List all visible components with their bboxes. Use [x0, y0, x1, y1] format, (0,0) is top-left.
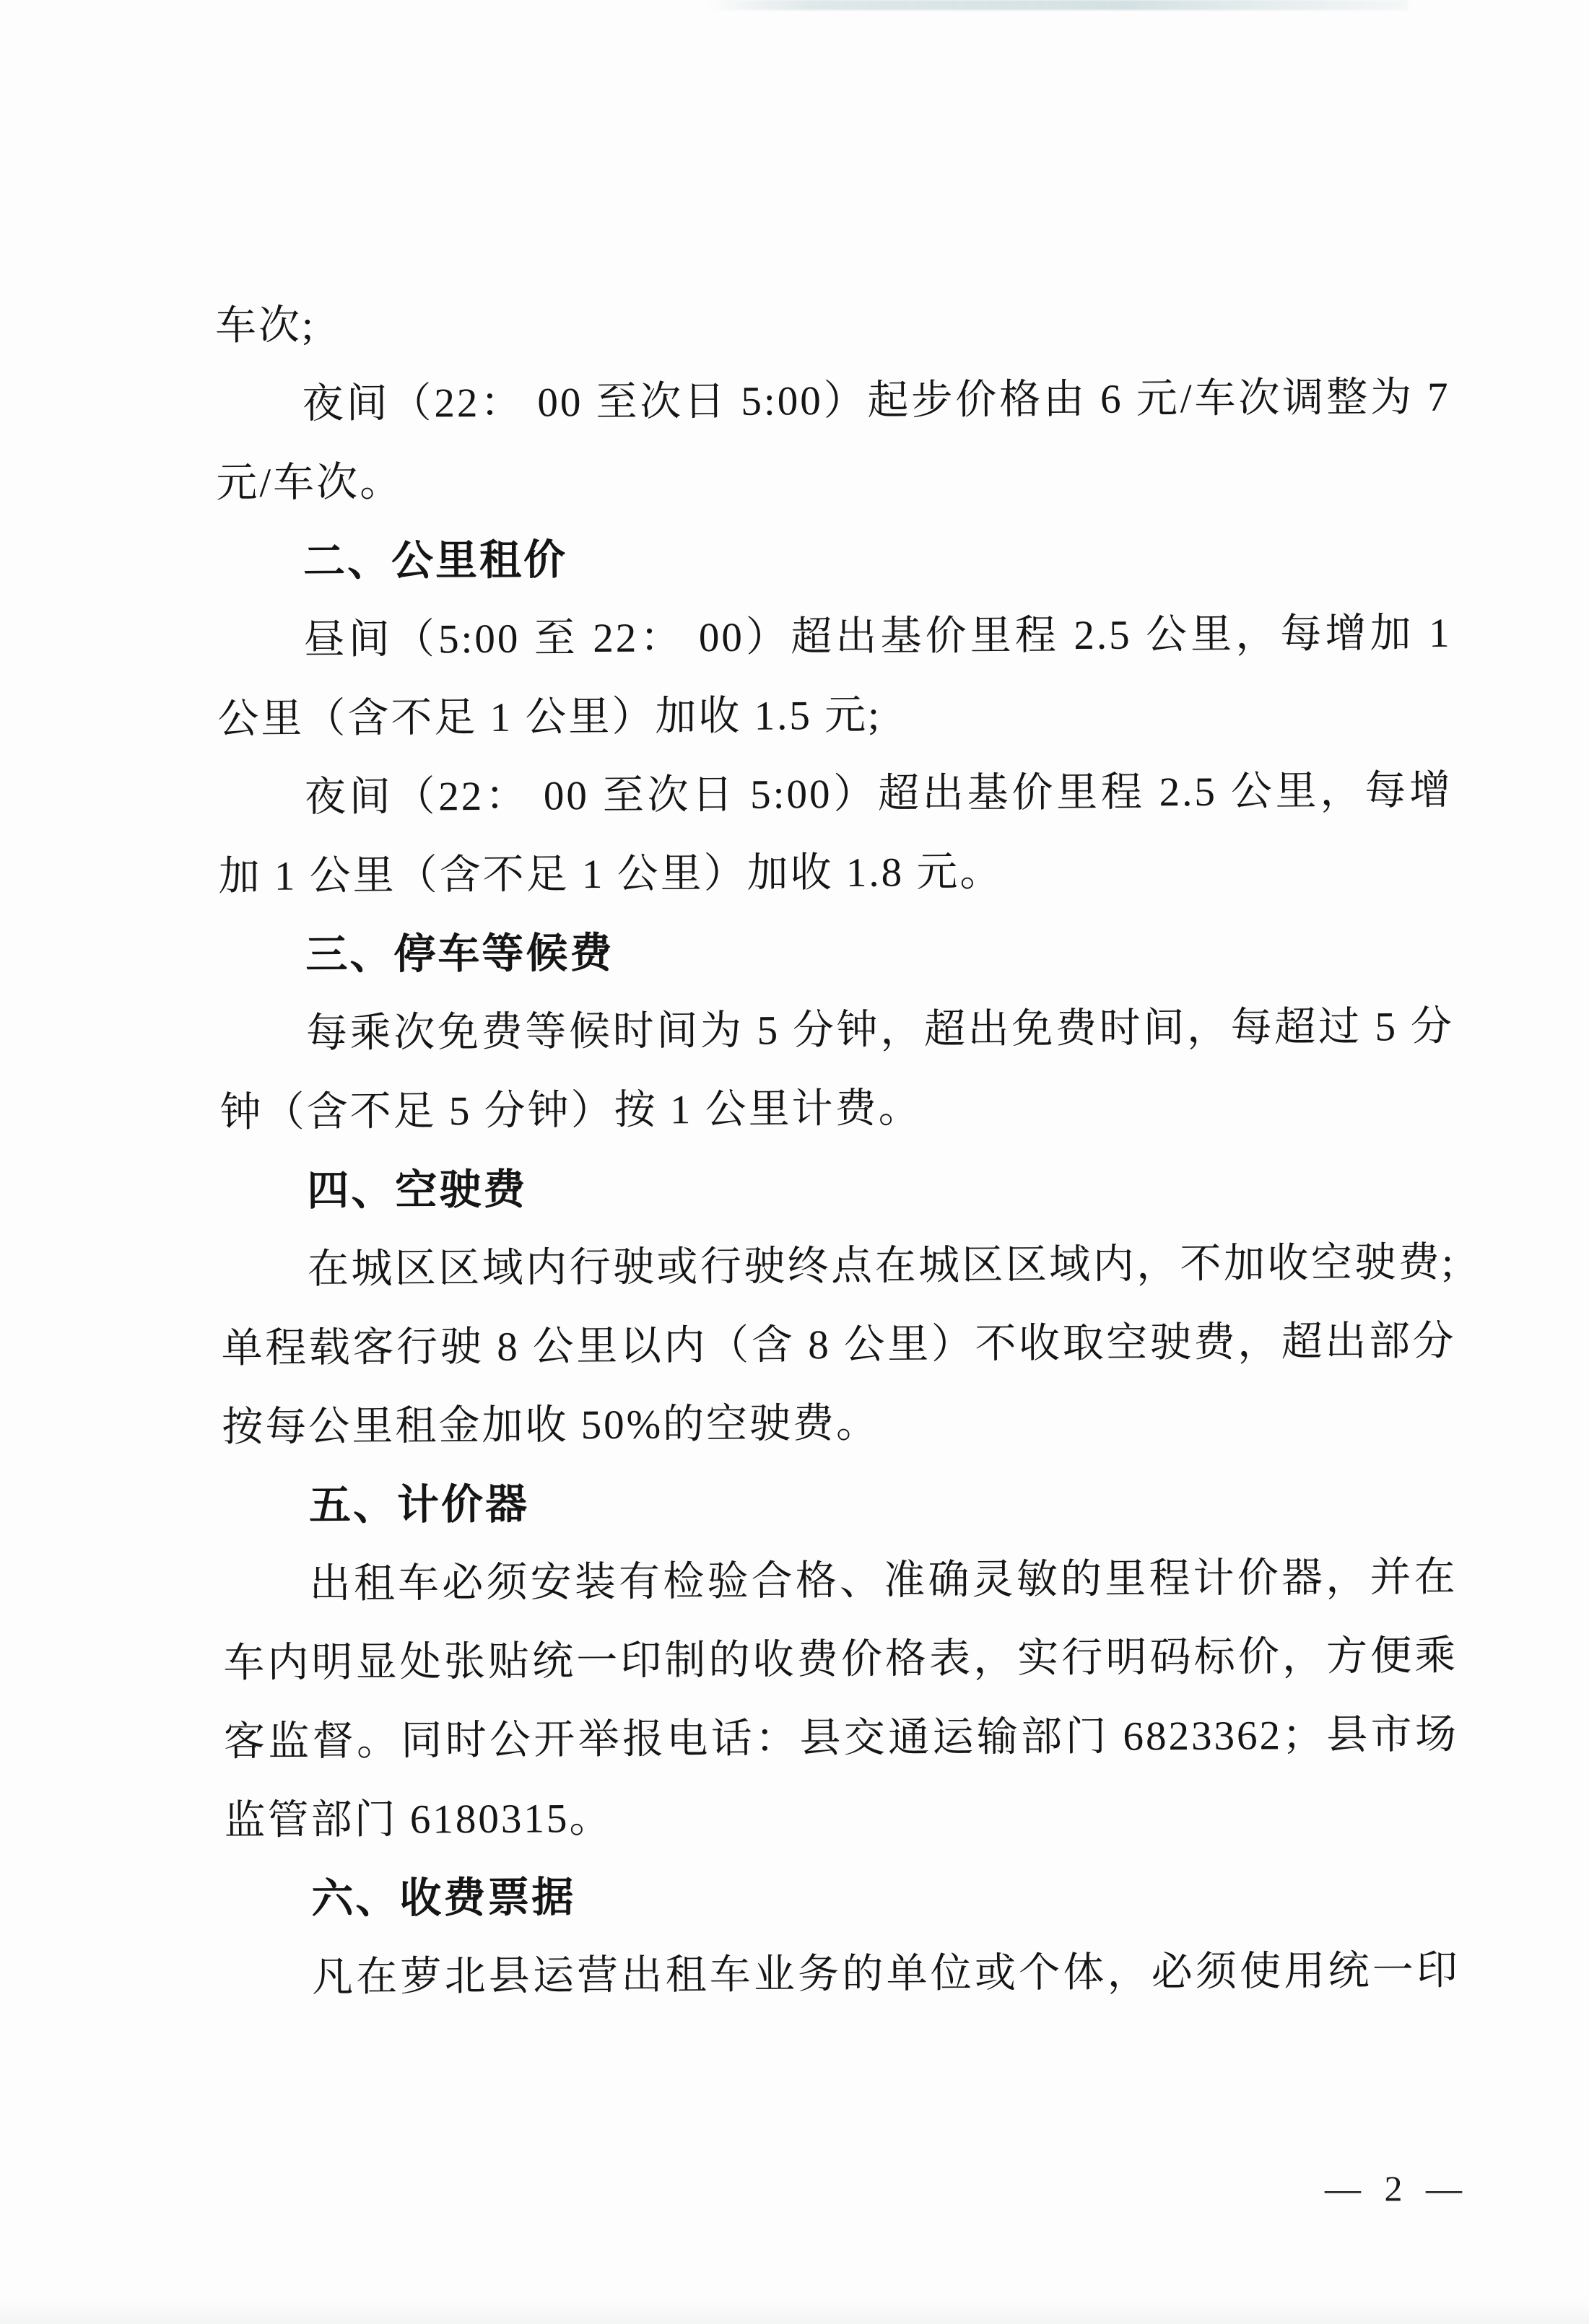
text-line: 三、停车等候费 — [219, 909, 1454, 995]
scan-artifact-bottom — [0, 2299, 1589, 2324]
text-line: 夜间（22： 00 至次日 5:00）起步价格由 6 元/车次调整为 7 — [215, 358, 1450, 444]
text-line: 凡在萝北县运营出租车业务的单位或个体，必须使用统一印 — [225, 1931, 1460, 2017]
text-line: 加 1 公里（含不足 1 公里）加收 1.8 元。 — [218, 830, 1453, 916]
document-page: 车次;夜间（22： 00 至次日 5:00）起步价格由 6 元/车次调整为 7元… — [0, 0, 1589, 2324]
text-line: 客监督。同时公开举报电话：县交通运输部门 6823362；县市场 — [224, 1695, 1459, 1781]
scan-artifact-top — [708, 0, 1408, 10]
text-line: 出租车必须安装有检验合格、准确灵敏的里程计价器，并在 — [222, 1538, 1458, 1624]
text-line: 昼间（5:00 至 22： 00）超出基价里程 2.5 公里，每增加 1 — [217, 594, 1452, 680]
text-line: 公里（含不足 1 公里）加收 1.5 元; — [217, 673, 1453, 759]
text-line: 在城区区域内行驶或行驶终点在城区区域内，不加收空驶费; — [221, 1223, 1456, 1309]
text-line: 单程载客行驶 8 公里以内（含 8 公里）不收取空驶费，超出部分 — [221, 1302, 1456, 1388]
text-line: 车次; — [215, 279, 1450, 365]
text-line: 夜间（22： 00 至次日 5:00）超出基价里程 2.5 公里，每增 — [218, 751, 1453, 837]
text-line: 二、公里租价 — [217, 515, 1452, 601]
text-line: 每乘次免费等候时间为 5 分钟，超出免费时间，每超过 5 分 — [219, 987, 1455, 1073]
text-line: 监管部门 6180315。 — [224, 1774, 1459, 1860]
text-line: 钟（含不足 5 分钟）按 1 公里计费。 — [219, 1066, 1455, 1152]
text-line: 五、计价器 — [222, 1459, 1458, 1545]
text-line: 四、空驶费 — [220, 1145, 1455, 1231]
text-line: 六、收费票据 — [225, 1853, 1460, 1939]
text-line: 元/车次。 — [216, 437, 1451, 523]
page-number: — 2 — — [1325, 2167, 1469, 2210]
document-body: 车次;夜间（22： 00 至次日 5:00）起步价格由 6 元/车次调整为 7元… — [215, 279, 1460, 2017]
text-line: 车内明显处张贴统一印制的收费价格表，实行明码标价，方便乘 — [223, 1617, 1458, 1703]
text-line: 按每公里租金加收 50%的空驶费。 — [222, 1381, 1457, 1467]
